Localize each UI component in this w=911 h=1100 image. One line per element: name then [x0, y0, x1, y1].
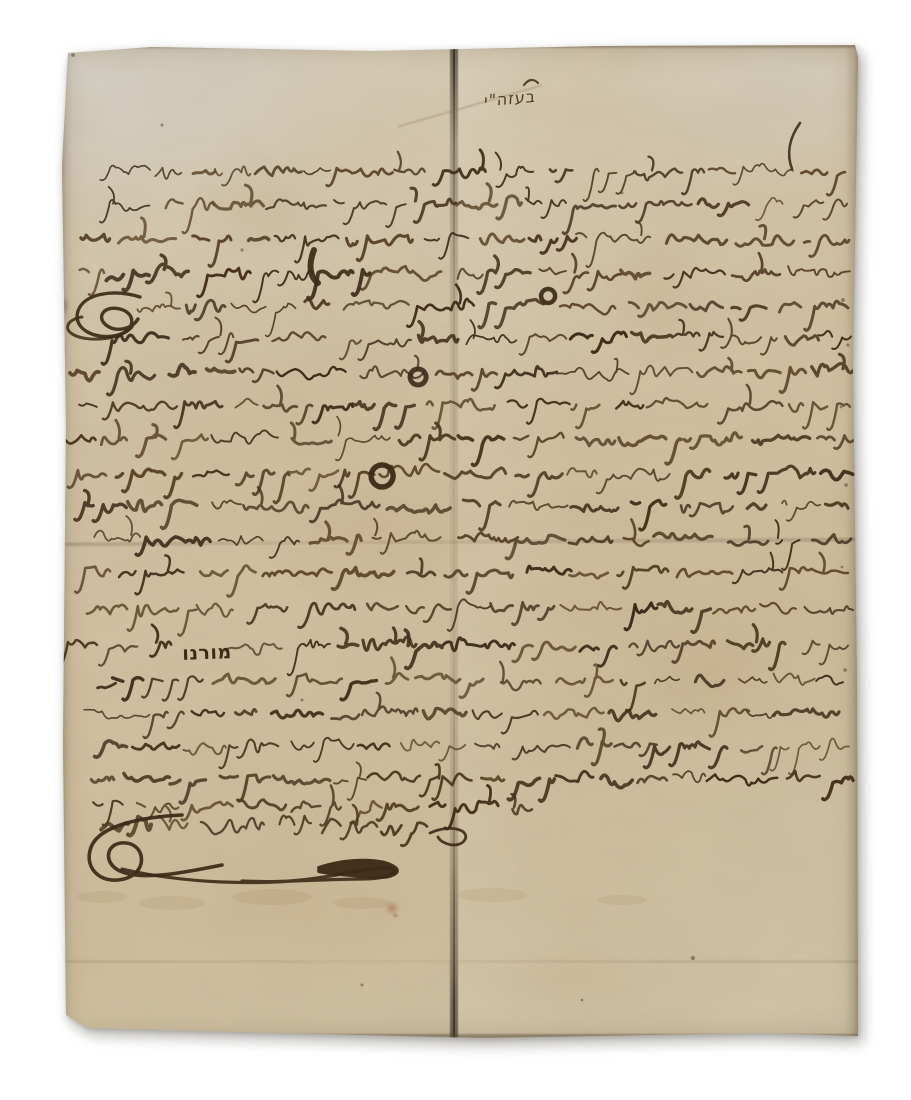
foxing-speck	[621, 192, 624, 195]
ghost-ink-mark	[232, 889, 312, 905]
foxing-speck	[161, 124, 164, 127]
foxing-speck	[121, 744, 124, 747]
foxing-speck	[846, 343, 849, 346]
manuscript-paper-wrapper: בעזה"י מורנו	[62, 45, 858, 1038]
foxing-speck	[361, 984, 364, 987]
manuscript-paper: בעזה"י מורנו	[62, 45, 858, 1038]
foxing-speck	[700, 743, 703, 746]
foxing-speck	[841, 298, 845, 302]
paper-grain-texture	[62, 45, 858, 1038]
ghost-ink-mark	[457, 888, 527, 902]
foxing-speck	[240, 248, 243, 251]
ghost-ink-mark	[334, 897, 390, 909]
foxing-speck	[581, 999, 584, 1002]
foxing-speck	[841, 566, 844, 569]
foxing-speck	[844, 483, 848, 487]
ghost-ink-mark	[139, 896, 205, 910]
photograph-background: בעזה"י מורנו	[0, 0, 911, 1100]
foxing-speck	[843, 668, 847, 672]
foxing-speck	[840, 406, 843, 409]
ghost-ink-mark	[77, 891, 127, 903]
ghost-ink-mark	[597, 895, 647, 905]
foxing-speck	[63, 48, 68, 53]
foxing-speck	[80, 49, 83, 52]
foxing-speck	[301, 699, 304, 702]
foxing-speck	[71, 53, 75, 57]
bold-name-word: מורנו	[171, 641, 244, 665]
handwriting-ink-layer	[62, 45, 858, 1038]
foxing-speck	[691, 956, 695, 960]
